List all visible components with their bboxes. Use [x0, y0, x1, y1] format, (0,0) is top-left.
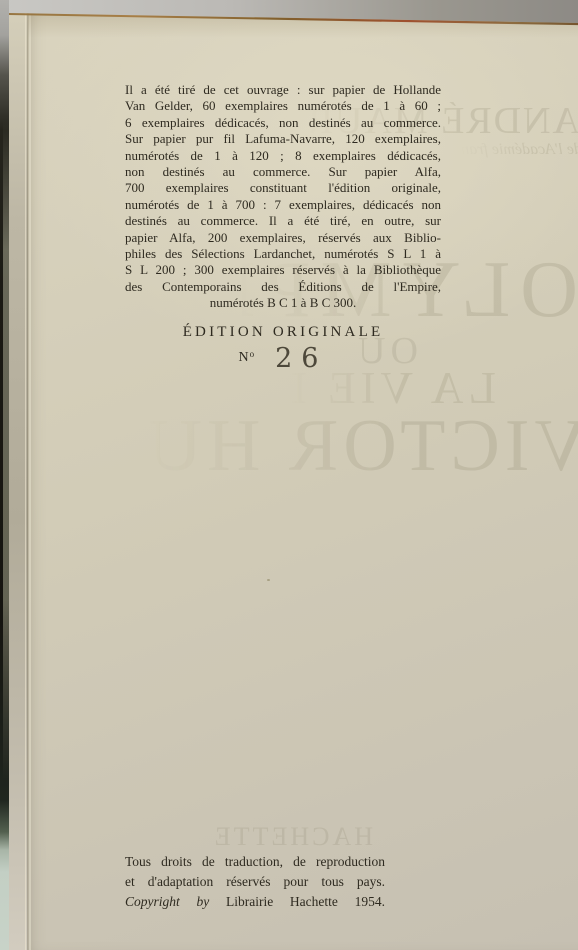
rights-statement: Tous droits de traduction, de reproducti…: [125, 852, 385, 913]
numero-label: No: [239, 350, 256, 365]
numero-sup: o: [250, 349, 256, 359]
colophon-line: destinés au commerce. Il a été tiré, en …: [125, 213, 441, 229]
copyright-line: Copyright by Librairie Hachette 1954.: [125, 892, 385, 912]
ghost-victor-hugo-showthrough: VICTOR HUGO: [28, 409, 578, 483]
colophon-line: numérotés de 1 à 120 ; 8 exemplaires déd…: [125, 148, 441, 164]
colophon-line: des Contemporains des Éditions de l'Empi…: [125, 279, 441, 295]
page-left-crease: [29, 0, 31, 950]
colophon-line: papier Alfa, 200 exemplaires, réservés a…: [125, 230, 441, 246]
colophon-line: Il a été tiré de cet ouvrage : sur papie…: [125, 82, 441, 98]
copyright-by-italic: Copyright by: [125, 894, 209, 909]
book-page: ANDRÉ MAUROIS de l'Académie française OL…: [28, 0, 578, 950]
ghost-publisher-showthrough: HACHETTE: [212, 824, 373, 850]
copyright-publisher: Librairie Hachette 1954.: [209, 894, 385, 909]
colophon-line: Van Gelder, 60 exemplaires numérotés de …: [125, 98, 441, 114]
ghost-academie-showthrough: de l'Académie française: [428, 142, 578, 158]
rights-line: et d'adaptation réservés pour tous pays.: [125, 872, 385, 892]
paper-speck: [267, 579, 270, 581]
colophon-line: 700 exemplaires constituant l'édition or…: [125, 180, 441, 196]
limitation-statement: Il a été tiré de cet ouvrage : sur papie…: [125, 82, 441, 312]
edition-originale-heading: ÉDITION ORIGINALE: [125, 324, 441, 341]
rights-line: Tous droits de traduction, de reproducti…: [125, 852, 385, 872]
page-stack-highlight: [25, 0, 26, 950]
colophon-line: 6 exemplaires dédicacés, non destinés au…: [125, 115, 441, 131]
book-block: ANDRÉ MAUROIS de l'Académie française OL…: [9, 0, 578, 950]
colophon-line: non destinés au commerce. Sur papier Alf…: [125, 164, 441, 180]
colophon-line: numérotés de 1 à 700 : 7 exemplaires, dé…: [125, 197, 441, 213]
colophon-line: philes des Sélections Lardanchet, numéro…: [125, 246, 441, 262]
colophon-last-line: numérotés B C 1 à B C 300.: [125, 295, 441, 311]
colophon-line: Sur papier pur fil Lafuma-Navarre, 120 e…: [125, 131, 441, 147]
copy-number-stamp: 26: [275, 343, 327, 374]
colophon-line: S L 200 ; 300 exemplaires réservés à la …: [125, 262, 441, 278]
gutter-olive-tint: [3, 120, 9, 780]
book-photo-scene: ANDRÉ MAUROIS de l'Académie française OL…: [0, 0, 578, 950]
copy-number-row: No26: [125, 343, 441, 374]
